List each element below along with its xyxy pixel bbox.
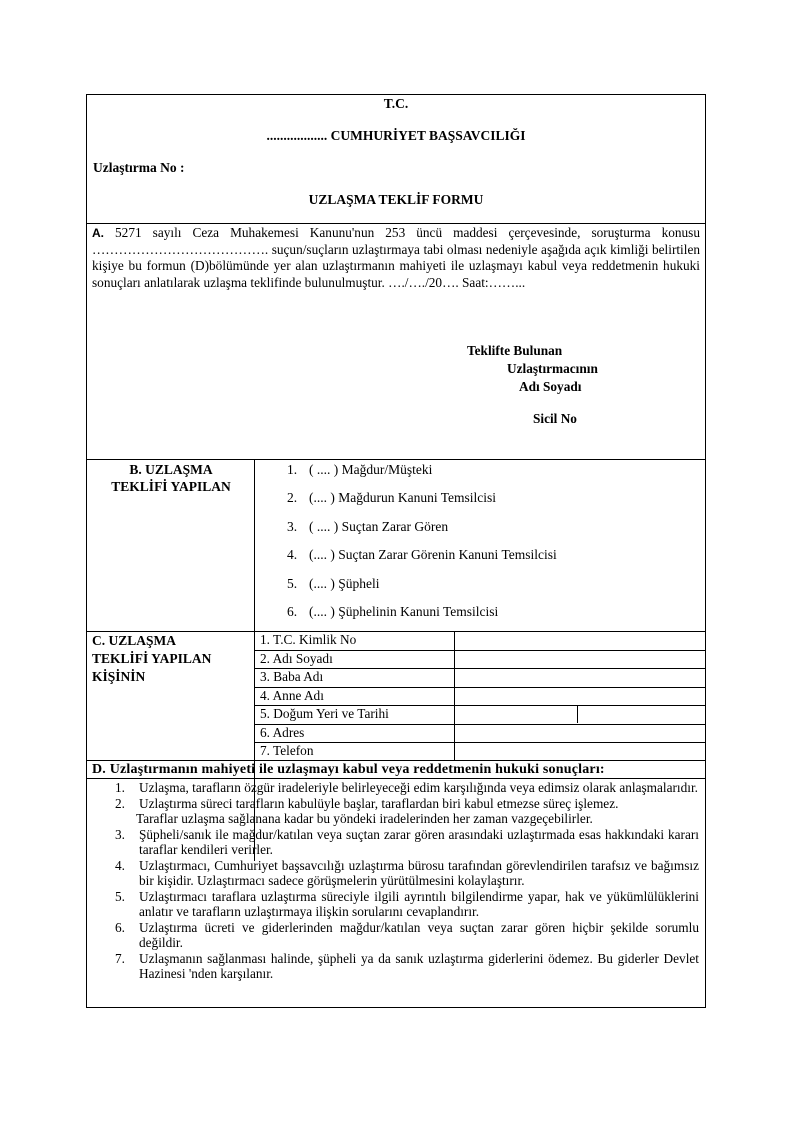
signature-line-3: Adı Soyadı (519, 379, 581, 395)
section-b-title-line-1: B. UZLAŞMA (87, 461, 255, 478)
field-label: 3. Baba Adı (260, 669, 323, 685)
recipient-option[interactable]: 5.(.... ) Şüpheli (287, 576, 557, 604)
section-c-title: C. UZLAŞMA TEKLİFİ YAPILAN KİŞİNİN (92, 632, 252, 686)
signature-line-1: Teklifte Bulunan (467, 343, 562, 359)
divider (87, 223, 705, 224)
mother-name-input[interactable] (455, 687, 705, 705)
birth-date-input[interactable] (578, 705, 705, 723)
recipient-option[interactable]: 4.(.... ) Suçtan Zarar Görenin Kanuni Te… (287, 547, 557, 575)
divider (87, 459, 705, 460)
signature-line-4: Sicil No (533, 411, 577, 427)
section-b-title-line-2: TEKLİFİ YAPILAN (87, 478, 255, 495)
field-row-birth-place-date: 5. Doğum Yeri ve Tarihi (255, 705, 705, 723)
form-title: UZLAŞMA TEKLİF FORMU (87, 192, 705, 208)
section-c-title-line-2: TEKLİFİ YAPILAN (92, 650, 252, 668)
recipient-option[interactable]: 3.( .... ) Suçtan Zarar Gören (287, 519, 557, 547)
field-row-name: 2. Adı Soyadı (255, 650, 705, 668)
section-c-title-line-1: C. UZLAŞMA (92, 632, 252, 650)
field-row-father-name: 3. Baba Adı (255, 668, 705, 686)
father-name-input[interactable] (455, 668, 705, 686)
prosecutor-office-title: .................. CUMHURİYET BAŞSAVCILI… (87, 128, 705, 144)
legal-consequence-item: 2.Uzlaştırma süreci tarafların kabulüyle… (115, 796, 699, 826)
field-label: 5. Doğum Yeri ve Tarihi (260, 706, 389, 722)
field-row-tc-id: 1. T.C. Kimlik No (255, 631, 705, 649)
legal-consequence-item: 4.Uzlaştırmacı, Cumhuriyet başsavcılığı … (115, 858, 699, 888)
section-c-title-line-3: KİŞİNİN (92, 668, 252, 686)
legal-consequence-item: 7.Uzlaşmanın sağlanması halinde, şüpheli… (115, 951, 699, 981)
case-number-label: Uzlaştırma No : (93, 160, 184, 176)
address-input[interactable] (455, 724, 705, 742)
section-b-title: B. UZLAŞMA TEKLİFİ YAPILAN (87, 461, 255, 495)
field-label: 6. Adres (260, 725, 304, 741)
signature-line-2: Uzlaştırmacının (507, 361, 598, 377)
field-row-mother-name: 4. Anne Adı (255, 687, 705, 705)
phone-input[interactable] (455, 742, 705, 760)
legal-consequence-item: 1.Uzlaşma, tarafların özgür iradeleriyle… (115, 780, 699, 795)
tc-id-input[interactable] (455, 631, 705, 649)
field-label: 4. Anne Adı (260, 688, 324, 704)
recipient-option[interactable]: 2.(.... ) Mağdurun Kanuni Temsilcisi (287, 490, 557, 518)
field-label: 2. Adı Soyadı (260, 651, 333, 667)
offer-recipient-options: 1.( .... ) Mağdur/Müşteki 2.(.... ) Mağd… (287, 462, 557, 632)
section-a-label: A. (92, 226, 104, 240)
recipient-option[interactable]: 1.( .... ) Mağdur/Müşteki (287, 462, 557, 490)
field-label: 7. Telefon (260, 743, 313, 759)
field-label: 1. T.C. Kimlik No (260, 632, 356, 648)
divider (87, 778, 705, 779)
section-a: A. 5271 sayılı Ceza Muhakemesi Kanunu'nu… (92, 225, 700, 291)
section-a-text: 5271 sayılı Ceza Muhakemesi Kanunu'nun 2… (92, 225, 700, 290)
header-tc: T.C. (87, 96, 705, 112)
field-row-address: 6. Adres (255, 724, 705, 742)
divider (87, 760, 705, 761)
birth-place-input[interactable] (455, 705, 577, 723)
legal-consequence-item: 5.Uzlaştırmacı taraflara uzlaştırma süre… (115, 889, 699, 919)
legal-consequences-list: 1.Uzlaşma, tarafların özgür iradeleriyle… (115, 780, 699, 982)
reconciliation-offer-form: T.C. .................. CUMHURİYET BAŞSA… (86, 94, 706, 1008)
section-d-title: D. Uzlaştırmanın mahiyeti ile uzlaşmayı … (92, 762, 605, 778)
legal-consequence-item: 6.Uzlaştırma ücreti ve giderlerinden mağ… (115, 920, 699, 950)
recipient-option[interactable]: 6.(.... ) Şüphelinin Kanuni Temsilcisi (287, 604, 557, 632)
name-input[interactable] (455, 650, 705, 668)
legal-consequence-item: 3.Şüpheli/sanık ile mağdur/katılan veya … (115, 827, 699, 857)
field-row-phone: 7. Telefon (255, 742, 705, 760)
